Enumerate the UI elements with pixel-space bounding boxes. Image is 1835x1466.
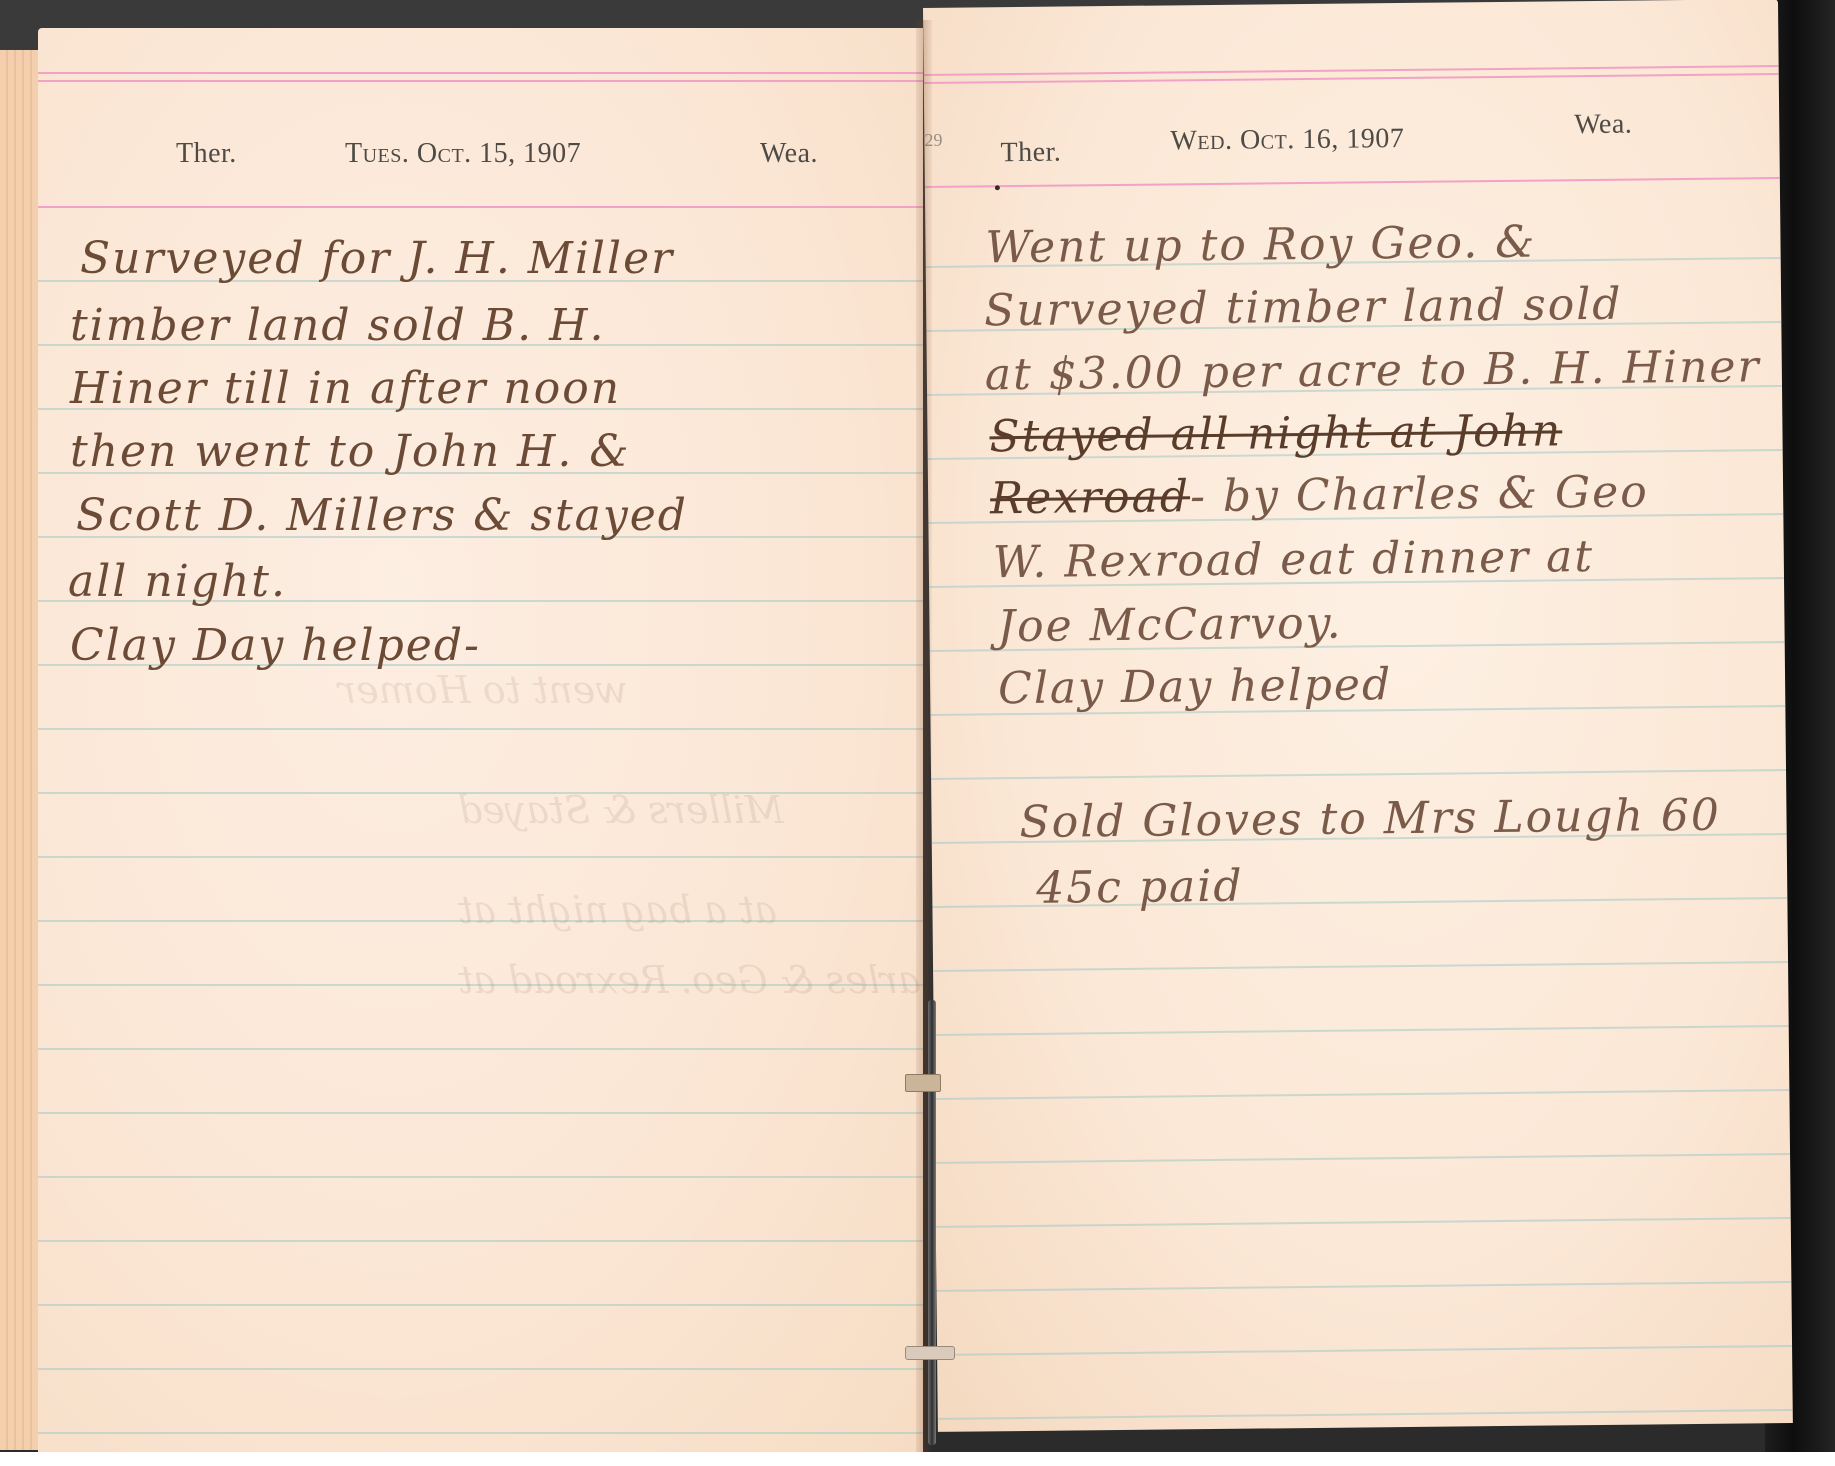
header-top-rule-2 bbox=[924, 73, 1779, 84]
struck-entry-line: Stayed all night at John bbox=[989, 405, 1562, 462]
entry-line: timber land sold B. H. bbox=[70, 300, 605, 351]
thermometer-label: Ther. bbox=[1000, 137, 1061, 170]
bleed-through-text: Millers & Stayed bbox=[458, 788, 784, 832]
bleed-through-text: Charles & Geo. Rexroad at bbox=[458, 958, 923, 1002]
header-bottom-rule bbox=[38, 206, 923, 208]
ruled-line bbox=[38, 728, 923, 730]
ruled-line bbox=[936, 1217, 1791, 1228]
ruled-line bbox=[934, 1025, 1789, 1036]
ruled-line bbox=[38, 1176, 923, 1178]
entry-line: Surveyed timber land sold bbox=[984, 279, 1623, 337]
entry-line: Went up to Roy Geo. & bbox=[985, 217, 1536, 274]
entry-line: all night. bbox=[68, 556, 287, 607]
ruled-line bbox=[38, 1048, 923, 1050]
ruled-line bbox=[38, 1432, 923, 1434]
entry-line: then went to John H. & bbox=[70, 426, 631, 477]
note-line: Sold Gloves to Mrs Lough 60 bbox=[1019, 790, 1721, 848]
entry-line-continuation: - by Charles & Geo bbox=[1190, 466, 1649, 522]
ruled-line bbox=[937, 1345, 1792, 1356]
entry-line: Clay Day helped- bbox=[70, 620, 481, 671]
left-page: Ther. Tues. Oct. 15, 1907 Wea. went to H… bbox=[38, 28, 923, 1452]
entry-line-group: Rexroad- by Charles & Geo bbox=[990, 466, 1649, 524]
binding-tape bbox=[905, 1074, 941, 1092]
weather-label: Wea. bbox=[1574, 109, 1632, 142]
entry-line: Joe McCarvoy. bbox=[997, 598, 1343, 653]
ruled-line bbox=[938, 1409, 1793, 1420]
page-date: Wed. Oct. 16, 1907 bbox=[1170, 123, 1404, 157]
bleed-through-text: went to Homer bbox=[338, 668, 628, 712]
binding-thread bbox=[928, 1000, 936, 1445]
entry-line: Scott D. Millers & stayed bbox=[76, 490, 688, 541]
right-page-header: Ther. Wed. Oct. 16, 1907 Wea. bbox=[924, 119, 1779, 128]
thermometer-label: Ther. bbox=[176, 138, 237, 170]
ruled-line bbox=[935, 1153, 1790, 1164]
page-date: Tues. Oct. 15, 1907 bbox=[345, 138, 581, 170]
entry-line: Surveyed for J. H. Miller bbox=[80, 233, 674, 284]
ruled-line bbox=[933, 961, 1788, 972]
header-top-rule-2 bbox=[38, 80, 923, 82]
struck-entry-line: Rexroad bbox=[990, 471, 1190, 524]
entry-line: Hiner till in after noon bbox=[70, 363, 621, 414]
ruled-line bbox=[934, 1089, 1789, 1100]
note-line: 45c paid bbox=[1036, 861, 1244, 914]
ink-speck bbox=[995, 185, 1000, 190]
header-bottom-rule bbox=[925, 177, 1780, 188]
binding-staple bbox=[905, 1346, 955, 1360]
ruled-line bbox=[38, 1304, 923, 1306]
right-page: 29 Ther. Wed. Oct. 16, 1907 Wea. Went up… bbox=[923, 0, 1793, 1432]
ruled-line bbox=[38, 1368, 923, 1370]
page-stack-edges bbox=[0, 50, 40, 1450]
ruled-line bbox=[38, 856, 923, 858]
weather-label: Wea. bbox=[760, 138, 818, 170]
ruled-line bbox=[931, 769, 1786, 780]
entry-line: W. Rexroad eat dinner at bbox=[993, 531, 1595, 588]
ruled-line bbox=[936, 1281, 1791, 1292]
entry-line: Clay Day helped bbox=[998, 659, 1393, 714]
bleed-through-text: at a bag night at bbox=[458, 888, 777, 932]
ruled-line bbox=[38, 1240, 923, 1242]
ruled-line bbox=[38, 1112, 923, 1114]
entry-line: at $3.00 per acre to B. H. Hiner bbox=[985, 341, 1761, 400]
header-top-rule bbox=[38, 72, 923, 74]
